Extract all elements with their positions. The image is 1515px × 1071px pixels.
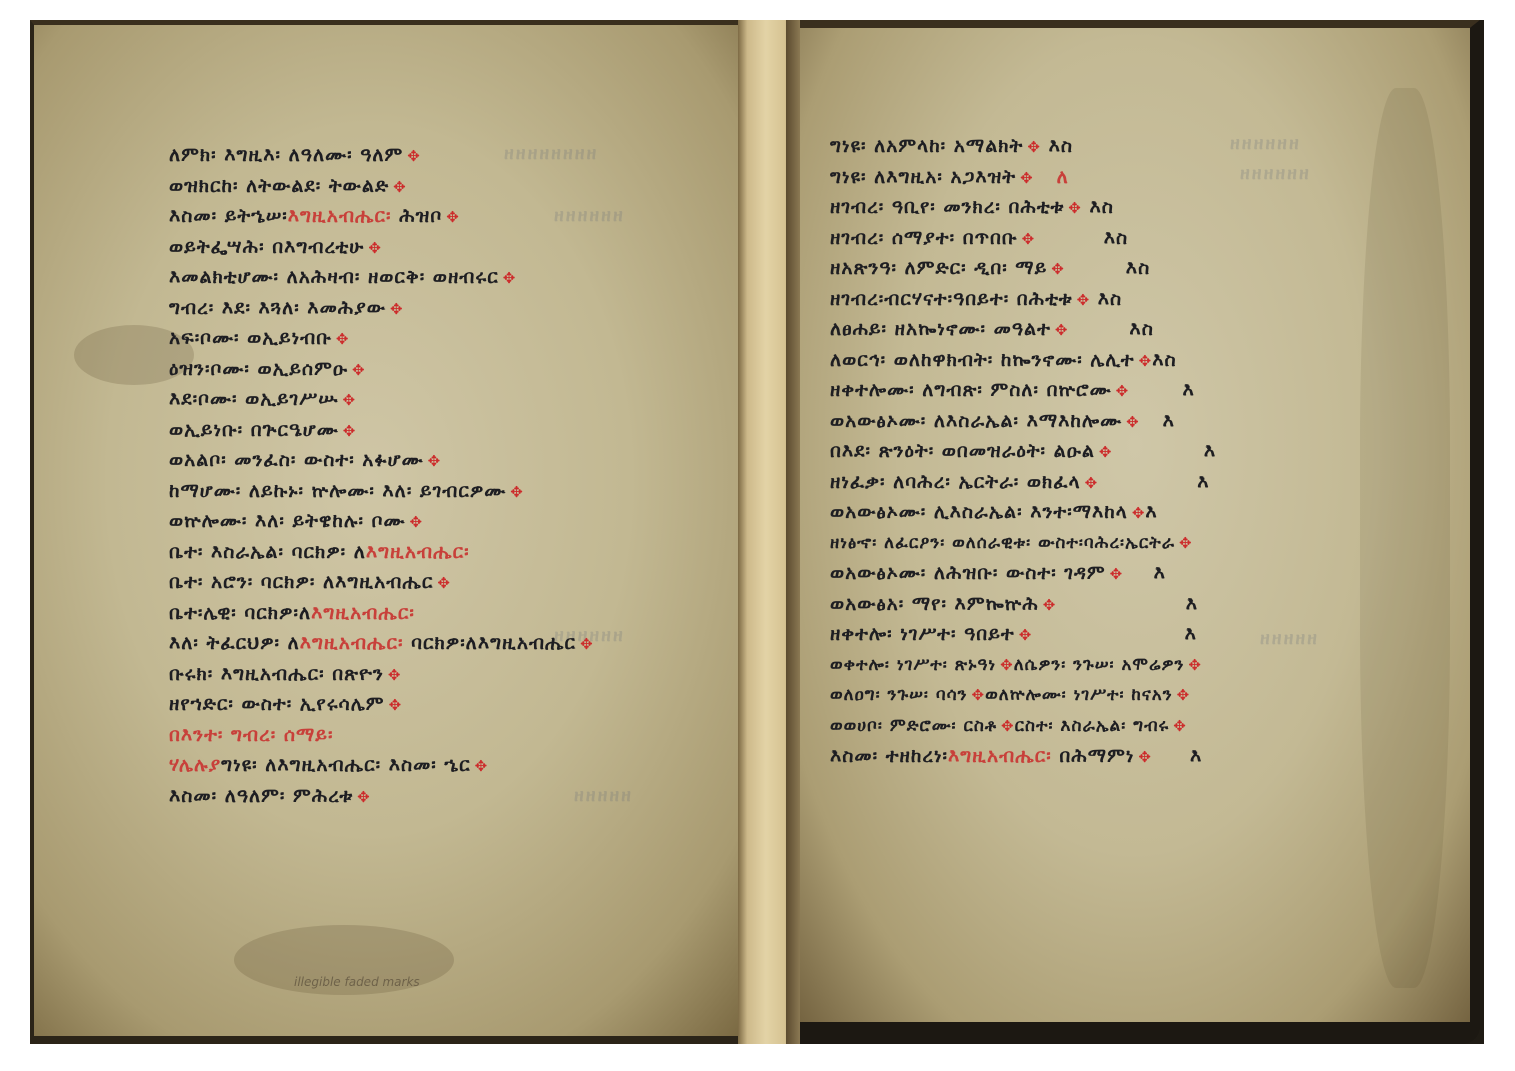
text-line: በእደ፡ ጽንዕት፡ ወበመዝራዕት፡ ልዑል✥ እ (830, 436, 1216, 467)
cross-icon: ✥ (972, 686, 986, 704)
cross-icon: ✥ (437, 574, 451, 592)
cross-icon: ✥ (510, 483, 524, 501)
text-line: ዘአጽንዓ፡ ለምድር፡ ዲበ፡ ማይ✥ እስ (830, 253, 1216, 284)
text-line: ቡሩክ፡ እግዚአብሔር፡ በጽዮን✥ (169, 659, 594, 690)
text-line: ዕዝን፡ቦሙ፡ ወኢይሰምዑ✥ (169, 354, 594, 385)
text-line: ግነዩ፡ ለእግዚአ፡ አጋእዝት✥ ለ (830, 162, 1216, 193)
cross-icon: ✥ (1188, 656, 1202, 674)
cross-icon: ✥ (342, 391, 356, 409)
refrain-mark: እስ (1126, 257, 1150, 279)
cross-icon: ✥ (352, 361, 366, 379)
cross-icon: ✥ (1116, 382, 1130, 400)
text-line: ቤተ፡ እስራኤል፡ ባርክዎ፡ ለእግዚአብሔር፡ (169, 537, 594, 568)
cross-icon: ✥ (393, 178, 407, 196)
text-line: ዘቀተሎሙ፡ ለግብጽ፡ ምስለ፡ በኵሮሙ✥ እ (830, 375, 1216, 406)
cross-icon: ✥ (407, 147, 421, 165)
cross-icon: ✥ (1001, 717, 1015, 735)
cross-icon: ✥ (388, 666, 402, 684)
bottom-smudge: illegible faded marks (294, 975, 420, 989)
refrain-mark: እስ (1089, 196, 1113, 218)
cross-icon: ✥ (1022, 230, 1036, 248)
text-line: ወአውፅኦሙ፡ ሊእስራኤል፡ እንተ፡ማእከላ✥እ (830, 497, 1216, 528)
cross-icon: ✥ (409, 513, 423, 531)
cross-icon: ✥ (503, 269, 517, 287)
cross-icon: ✥ (1177, 686, 1191, 704)
text-line: ወቀተሎ፡ ነገሥተ፡ ጽኑዓነ✥ለሴዎን፡ ንጉሠ፡ አሞሬዎን✥ (830, 650, 1216, 681)
text-line: ለፀሐይ፡ ዘአኰነኖሙ፡ መዓልተ✥ እስ (830, 314, 1216, 345)
cross-icon: ✥ (1051, 260, 1065, 278)
text-line: ወኢይነቡ፡ በጕርዔሆሙ✥ (169, 415, 594, 446)
cross-icon: ✥ (580, 635, 594, 653)
cross-icon: ✥ (1173, 717, 1187, 735)
refrain-mark: ለ (1057, 166, 1069, 188)
refrain-mark: እ (1163, 410, 1175, 432)
cross-icon: ✥ (343, 422, 357, 440)
cross-icon: ✥ (336, 330, 350, 348)
text-line: እስመ፡ ይትኄሠ፡እግዚአብሔር፡ ሕዝቦ✥ (169, 201, 594, 232)
text-line: ዘገብረ፡ ሰማያተ፡ በጥበቡ✥ እስ (830, 223, 1216, 254)
text-line: ቤተ፡ሌዊ፡ ባርክዎ፡ለእግዚአብሔር፡ (169, 598, 594, 629)
cross-icon: ✥ (1068, 199, 1082, 217)
text-line: ሃሌሉያግነዩ፡ ለእግዚአብሔር፡ እስመ፡ ኄር✥ (169, 750, 594, 781)
refrain-mark: እ (1182, 379, 1194, 401)
text-line: ዘነፈቃ፡ ለባሕረ፡ ኤርትራ፡ ወክፈላ✥ እ (830, 467, 1216, 498)
refrain-mark: እስ (1152, 349, 1176, 371)
text-line: ዘነፅኆ፡ ለፈርዖን፡ ወለሰራዊቱ፡ ውስተ፡ባሕረ፡ኤርትራ✥ (830, 528, 1216, 559)
cross-icon: ✥ (1138, 748, 1152, 766)
rubric-heading: በእንተ፡ ግብረ፡ ሰማይ፡ (169, 720, 594, 751)
text-line: ለምክ፡ እግዚእ፡ ለዓለሙ፡ ዓለም✥ (169, 140, 594, 171)
refrain-mark: እ (1185, 623, 1197, 645)
refrain-mark: እ (1145, 501, 1157, 523)
show-through-text: ዘዘዘዘዘዘ (1230, 133, 1301, 154)
cross-icon: ✥ (428, 452, 442, 470)
text-line: እስመ፡ ለዓለም፡ ምሕረቱ✥ (169, 781, 594, 812)
cross-icon: ✥ (1020, 169, 1034, 187)
refrain-mark: እ (1204, 440, 1216, 462)
cross-icon: ✥ (446, 208, 460, 226)
cross-icon: ✥ (390, 300, 404, 318)
text-line: ወአልቦ፡ መንፈስ፡ ውስተ፡ አፉሆሙ✥ (169, 445, 594, 476)
refrain-mark: እ (1190, 745, 1202, 767)
cross-icon: ✥ (368, 239, 382, 257)
show-through-text: ዘዘዘዘዘዘ (1240, 163, 1311, 184)
text-line: ዘቀተሎ፡ ነገሥተ፡ ዓበይተ✥ እ (830, 619, 1216, 650)
text-line: እመልክቲሆሙ፡ ለአሕዛብ፡ ዘወርቅ፡ ወዘብሩር✥ (169, 262, 594, 293)
cross-icon: ✥ (1126, 413, 1140, 431)
right-page: ዘዘዘዘዘዘ ዘዘዘዘዘዘ ዘዘዘዘዘ ግነዩ፡ ለአምላከ፡ አማልክት✥ እ… (800, 20, 1480, 1044)
cross-icon: ✥ (1055, 321, 1069, 339)
text-line: ዘየኀድር፡ ውስተ፡ ኢየሩሳሌም✥ (169, 689, 594, 720)
cross-icon: ✥ (389, 696, 403, 714)
right-page-text: ግነዩ፡ ለአምላከ፡ አማልክት✥ እስ ግነዩ፡ ለእግዚአ፡ አጋእዝት✥… (830, 131, 1216, 772)
text-line: እስመ፡ ተዘከረነ፡እግዚአብሔር፡ በሕማምነ✥ እ (830, 741, 1216, 772)
show-through-text: ዘዘዘዘዘ (1260, 628, 1319, 649)
cross-icon: ✥ (1179, 534, 1193, 552)
text-line: ቤተ፡ አሮን፡ ባርክዎ፡ ለእግዚአብሔር✥ (169, 567, 594, 598)
refrain-mark: እስ (1104, 227, 1128, 249)
text-line: ወወሀቦ፡ ምድሮሙ፡ ርስቶ✥ርስተ፡ እስራኤል፡ ግብሩ✥ (830, 711, 1216, 742)
text-line: ከማሆሙ፡ ለይኩኑ፡ ኵሎሙ፡ እለ፡ ይገብርዎሙ✥ (169, 476, 594, 507)
text-line: ወለዐግ፡ ንጉሠ፡ ባሳን✥ወለኵሎሙ፡ ነገሥተ፡ ከናአን✥ (830, 680, 1216, 711)
cross-icon: ✥ (1099, 443, 1113, 461)
text-line: ግነዩ፡ ለአምላከ፡ አማልክት✥ እስ (830, 131, 1216, 162)
left-page: ዘዘዘዘዘዘዘዘ ዘዘዘዘዘዘ ዘዘዘዘዘዘ ዘዘዘዘዘ ለምክ፡ እግዚእ፡ … (30, 20, 779, 1044)
text-line: እለ፡ ትፈርህዎ፡ ለእግዚአብሔር፡ ባርክዎ፡ለእግዚአብሔር✥ (169, 628, 594, 659)
stain (1360, 88, 1450, 988)
text-line: ወአውፅኦሙ፡ ለሕዝቡ፡ ውስተ፡ ገዳም✥ እ (830, 558, 1216, 589)
left-page-text: ለምክ፡ እግዚእ፡ ለዓለሙ፡ ዓለም✥ ወዝክርከ፡ ለትውልደ፡ ትውልድ… (169, 140, 594, 811)
cross-icon: ✥ (1077, 291, 1091, 309)
text-line: ወዝክርከ፡ ለትውልደ፡ ትውልድ✥ (169, 171, 594, 202)
cross-icon: ✥ (1019, 626, 1033, 644)
cross-icon: ✥ (1132, 504, 1146, 522)
text-line: ለወርኅ፡ ወለከዋክብት፡ ከኰንኖሙ፡ ሌሊተ✥እስ (830, 345, 1216, 376)
cross-icon: ✥ (1110, 565, 1124, 583)
cross-icon: ✥ (1043, 596, 1057, 614)
cross-icon: ✥ (1085, 474, 1099, 492)
refrain-mark: እስ (1129, 318, 1153, 340)
cross-icon: ✥ (1027, 138, 1041, 156)
cross-icon: ✥ (475, 757, 489, 775)
text-line: ዘገብረ፡ብርሃናተ፡ዓበይተ፡ በሕቲቱ✥ እስ (830, 284, 1216, 315)
refrain-mark: እ (1154, 562, 1166, 584)
text-line: እደ፡ቦሙ፡ ወኢይገሥሡ✥ (169, 384, 594, 415)
cross-icon: ✥ (1000, 656, 1014, 674)
refrain-mark: እስ (1049, 135, 1073, 157)
text-line: ወኵሎሙ፡ እለ፡ ይትዌከሉ፡ ቦሙ✥ (169, 506, 594, 537)
refrain-mark: እስ (1098, 288, 1122, 310)
refrain-mark: እ (1186, 593, 1198, 615)
refrain-mark: እ (1197, 471, 1209, 493)
text-line: ወአውፅኦሙ፡ ለእስራኤል፡ እማእከሎሙ✥ እ (830, 406, 1216, 437)
text-line: ግብረ፡ እደ፡ እጓለ፡ እመሕያው✥ (169, 293, 594, 324)
cross-icon: ✥ (1139, 352, 1153, 370)
text-line: አፍ፡ቦሙ፡ ወኢይነብቡ✥ (169, 323, 594, 354)
text-line: ወአውፅአ፡ ማየ፡ እምኰኵሕ✥ እ (830, 589, 1216, 620)
text-line: ዘገብረ፡ ዓቢየ፡ መንክረ፡ በሕቲቱ✥ እስ (830, 192, 1216, 223)
text-line: ወይትፌሣሕ፡ በእግብረቲሁ✥ (169, 232, 594, 263)
manuscript-spread: ዘዘዘዘዘዘዘዘ ዘዘዘዘዘዘ ዘዘዘዘዘዘ ዘዘዘዘዘ ለምክ፡ እግዚእ፡ … (30, 20, 1484, 1044)
cross-icon: ✥ (357, 788, 371, 806)
